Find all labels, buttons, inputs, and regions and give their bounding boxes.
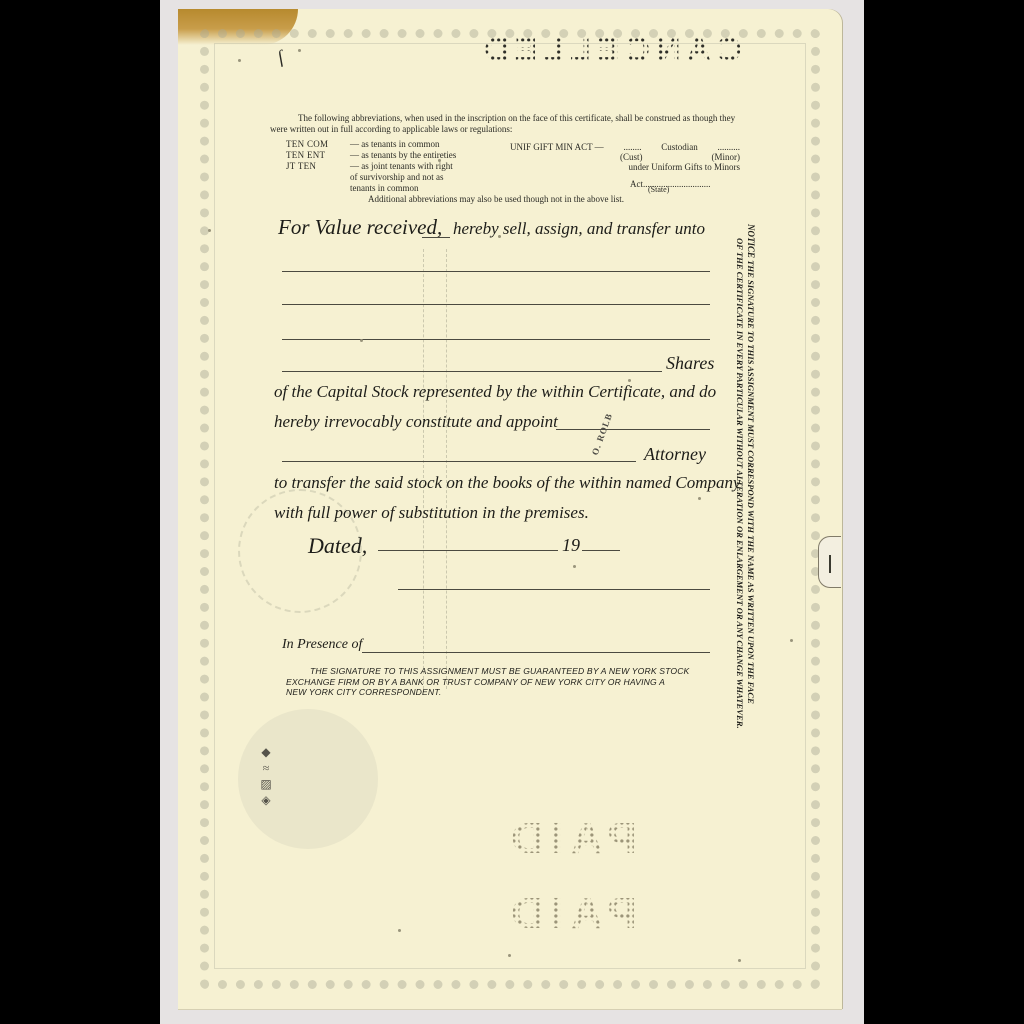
paid-perforation-2: PAID <box>503 889 637 939</box>
assignee-line-3[interactable] <box>282 339 710 340</box>
custodian-label: Custodian <box>661 142 698 152</box>
side-ornament: ◆≈▨◈ <box>258 744 274 808</box>
shares-label: Shares <box>666 353 714 374</box>
in-presence-of-label: In Presence of <box>282 637 362 653</box>
cancelled-perforation: CANCELLED <box>478 31 742 70</box>
irrevocably-text: hereby irrevocably constitute and appoin… <box>274 412 558 432</box>
ugma-label: UNIF GIFT MIN ACT — <box>510 142 604 152</box>
paid-perforation-1: PAID <box>503 814 637 864</box>
year-prefix: 19 <box>562 535 580 556</box>
witness-line[interactable] <box>362 652 710 653</box>
assignee-line-1[interactable] <box>282 271 710 272</box>
assignee-line-2[interactable] <box>282 304 710 305</box>
for-value-received: For Value received, <box>278 215 442 240</box>
signature-line[interactable] <box>398 589 710 590</box>
shares-count-line[interactable] <box>282 371 662 372</box>
ugma-block: UNIF GIFT MIN ACT — ........ Custodian .… <box>510 142 740 172</box>
signature-guarantee-notice: THE SIGNATURE TO THIS ASSIGNMENT MUST BE… <box>286 666 714 698</box>
attorney-label: Attorney <box>644 444 706 465</box>
minor-label: (Minor) <box>712 152 741 162</box>
year-line[interactable] <box>582 550 620 551</box>
abbreviations-intro: The following abbreviations, when used i… <box>270 113 740 135</box>
notice-lead: Notice <box>746 224 756 258</box>
dated-label: Dated, <box>308 533 367 559</box>
vertical-notice: Notice THE SIGNATURE TO THIS ASSIGNMENT … <box>726 224 756 724</box>
capital-stock-text: of the Capital Stock represented by the … <box>274 382 716 402</box>
to-transfer-text: to transfer the said stock on the books … <box>274 473 741 493</box>
substitution-text: with full power of substitution in the p… <box>274 503 589 523</box>
certificate-paper: ſ CANCELLED PAID PAID The following abbr… <box>178 9 842 1009</box>
appointee-line[interactable] <box>556 429 710 430</box>
attorney-line[interactable] <box>282 461 636 462</box>
paper-clip-fold <box>818 536 841 588</box>
abbreviations-note: Additional abbreviations may also be use… <box>270 194 740 205</box>
state-label: (State) <box>648 185 669 194</box>
date-line[interactable] <box>378 550 558 551</box>
cust-label: (Cust) <box>620 152 643 162</box>
show-through-column <box>423 249 447 689</box>
ugma-under-text: under Uniform Gifts to Minors <box>510 162 740 172</box>
assignor-blank <box>422 237 450 238</box>
hereby-sell-text: hereby sell, assign, and transfer unto <box>453 219 705 239</box>
act-line: Act.............................. <box>630 179 711 189</box>
